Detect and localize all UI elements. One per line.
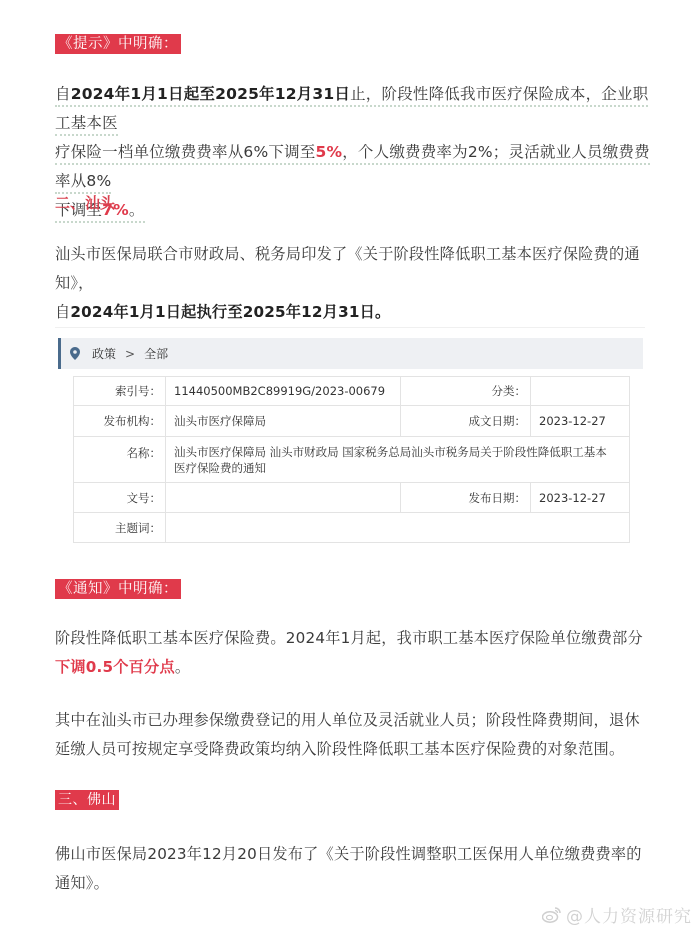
location-pin-icon xyxy=(70,347,80,360)
section-heading-shantou: 二、汕头 xyxy=(55,192,115,213)
notice-tag-label: 《通知》中明确： xyxy=(55,579,181,599)
value-index-no: 11440500MB2C89919G/2023-00679 xyxy=(166,377,401,406)
notice-paragraph: 阶段性降低职工基本医疗保险费。2024年1月起，我市职工基本医疗保险单位缴费部分… xyxy=(55,624,650,682)
value-category xyxy=(531,377,630,406)
label-written-date: 成文日期： xyxy=(401,406,531,437)
embed-divider xyxy=(55,327,645,328)
label-index-no: 索引号： xyxy=(74,377,166,406)
breadcrumb-separator: > xyxy=(125,347,135,361)
bold-dates: 2024年1月1日起至2025年12月31日 xyxy=(71,85,350,103)
watermark: @人力资源研究 xyxy=(542,902,692,927)
value-publish-date: 2023-12-27 xyxy=(531,483,630,513)
tip-tag: 《提示》中明确： xyxy=(55,33,181,54)
table-row: 文号： 发布日期： 2023-12-27 xyxy=(74,483,630,513)
tip-paragraph: 自2024年1月1日起至2025年12月31日止，阶段性降低我市医疗保险成本，企… xyxy=(55,80,650,225)
text: 疗保险一档单位缴费费率从6%下调至 xyxy=(55,143,316,161)
tip-line-2: 疗保险一档单位缴费费率从6%下调至5%，个人缴费费率为2%；灵活就业人员缴费费率… xyxy=(55,143,650,194)
table-row: 索引号： 11440500MB2C89919G/2023-00679 分类： xyxy=(74,377,630,406)
label-publish-date: 发布日期： xyxy=(401,483,531,513)
tip-line-1: 自2024年1月1日起至2025年12月31日止，阶段性降低我市医疗保险成本，企… xyxy=(55,85,648,136)
tip-tag-label: 《提示》中明确： xyxy=(55,34,181,54)
label-doc-no: 文号： xyxy=(74,483,166,513)
text: 。 xyxy=(175,658,190,676)
text: 。 xyxy=(129,201,145,219)
text: 阶段性降低职工基本医疗保险费。2024年1月起，我市职工基本医疗保险单位缴费部分 xyxy=(55,629,643,647)
value-written-date: 2023-12-27 xyxy=(531,406,630,437)
table-row: 发布机构： 汕头市医疗保障局 成文日期： 2023-12-27 xyxy=(74,406,630,437)
text: 汕头市医保局联合市财政局、税务局印发了《关于阶段性降低职工基本医疗保险费的通知》… xyxy=(55,245,640,292)
foshan-tag-label: 三、佛山 xyxy=(55,790,119,810)
label-title: 名称： xyxy=(74,437,166,483)
weibo-icon xyxy=(542,906,562,923)
highlight-rate: 5% xyxy=(316,143,343,161)
section-heading-foshan: 三、佛山 xyxy=(55,789,119,810)
value-title: 汕头市医疗保障局 汕头市财政局 国家税务总局汕头市税务局关于阶段性降低职工基本医… xyxy=(166,437,630,483)
label-keywords: 主题词： xyxy=(74,513,166,543)
breadcrumb-item-all[interactable]: 全部 xyxy=(144,345,168,362)
shantou-paragraph: 汕头市医保局联合市财政局、税务局印发了《关于阶段性降低职工基本医疗保险费的通知》… xyxy=(55,240,650,327)
value-publisher: 汕头市医疗保障局 xyxy=(166,406,401,437)
watermark-text: @人力资源研究 xyxy=(566,902,692,927)
breadcrumb: 政策 > 全部 xyxy=(58,338,643,369)
text: 自 xyxy=(55,85,71,103)
breadcrumb-item-policy[interactable]: 政策 xyxy=(92,345,116,362)
scope-paragraph: 其中在汕头市已办理参保缴费登记的用人单位及灵活就业人员；阶段性降费期间，退休延缴… xyxy=(55,706,650,764)
policy-meta-table: 索引号： 11440500MB2C89919G/2023-00679 分类： 发… xyxy=(73,376,630,543)
table-row: 主题词： xyxy=(74,513,630,543)
value-keywords xyxy=(166,513,630,543)
table-row: 名称： 汕头市医疗保障局 汕头市财政局 国家税务总局汕头市税务局关于阶段性降低职… xyxy=(74,437,630,483)
notice-tag: 《通知》中明确： xyxy=(55,578,181,599)
label-category: 分类： xyxy=(401,377,531,406)
foshan-paragraph: 佛山市医保局2023年12月20日发布了《关于阶段性调整职工医保用人单位缴费费率… xyxy=(55,840,650,898)
highlight-reduction: 下调0.5个百分点 xyxy=(55,658,175,676)
bold-dates: 2024年1月1日起执行至2025年12月31日。 xyxy=(70,303,390,321)
value-doc-no xyxy=(166,483,401,513)
text: 自 xyxy=(55,303,70,321)
label-publisher: 发布机构： xyxy=(74,406,166,437)
